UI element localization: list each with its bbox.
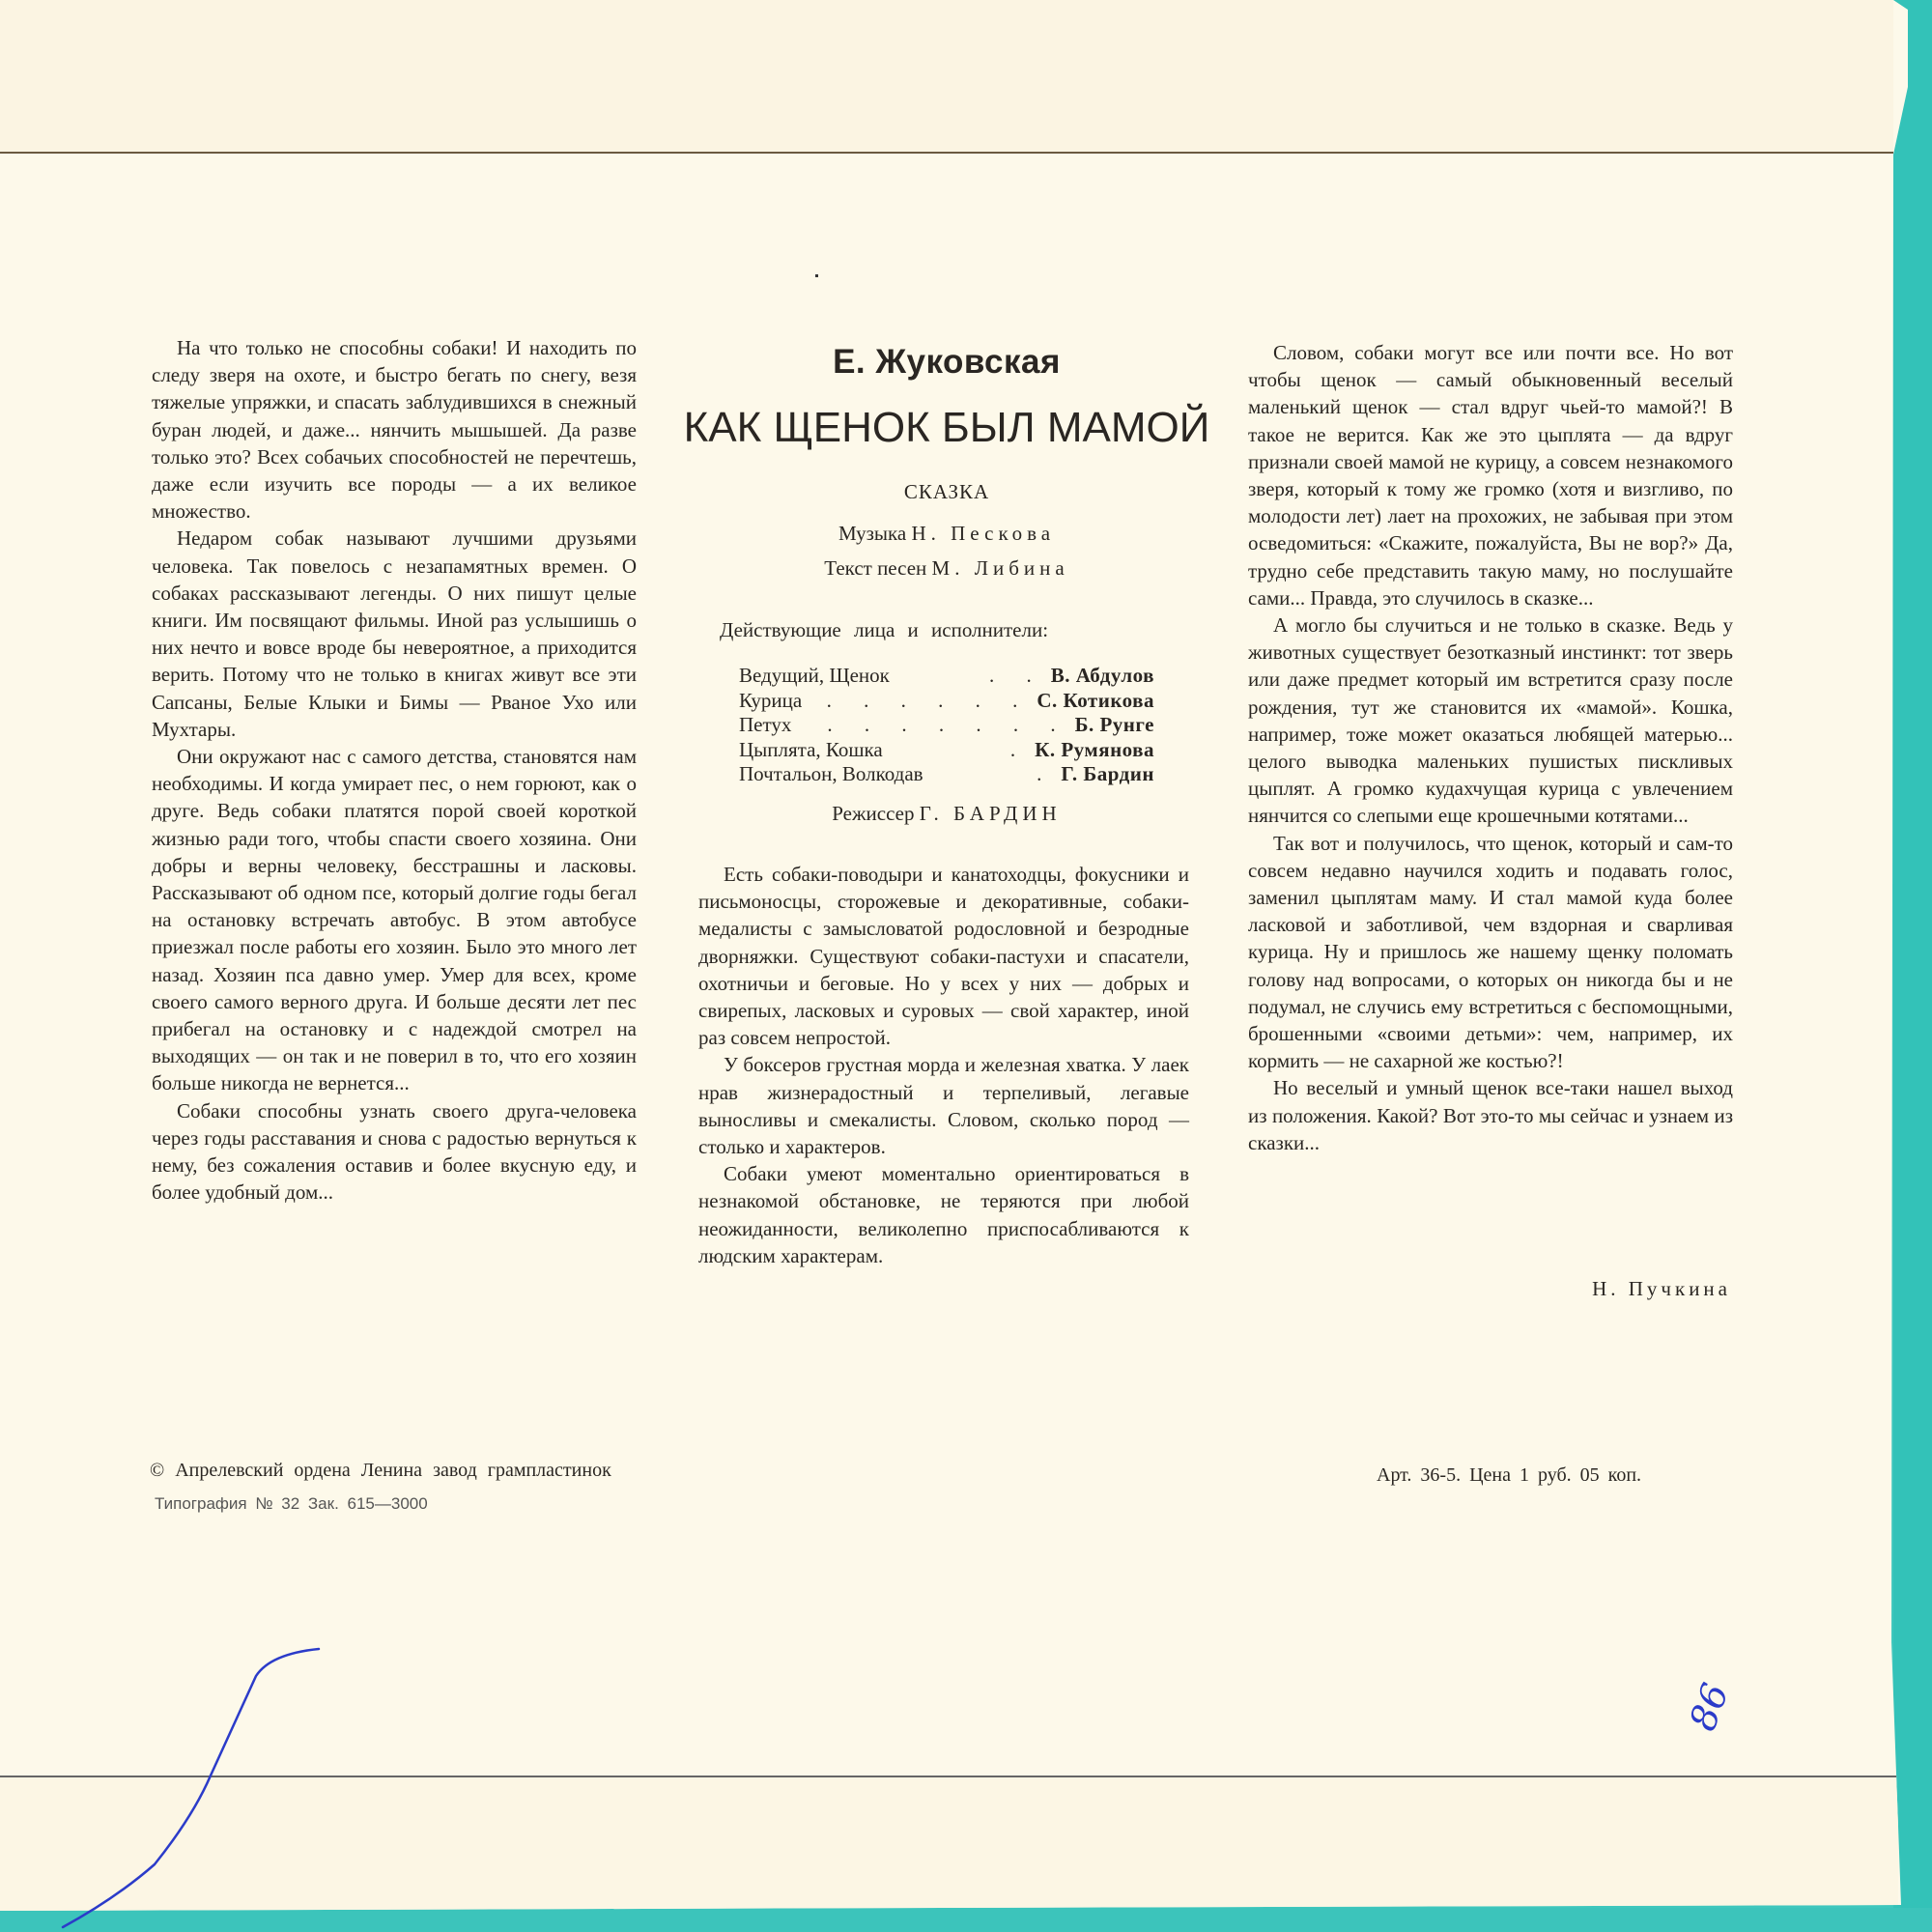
cast-heading: Действующие лица и исполнители: — [720, 618, 1183, 642]
paragraph: На что только не способны собаки! И нахо… — [152, 334, 637, 525]
sleeve-edge-teal — [1893, 0, 1932, 1932]
cast-actor: К. Румянова — [1035, 738, 1154, 763]
cast-role: Цыплята, Кошка — [739, 738, 883, 763]
leader-dots: . — [923, 762, 1062, 787]
leader-dots: . . — [890, 664, 1051, 689]
catalog-price: Арт. 36-5. Цена 1 руб. 05 коп. — [1377, 1464, 1641, 1487]
leader-dots: . . . . . . . — [791, 713, 1074, 738]
author-name: Е. Жуковская — [657, 343, 1236, 382]
director-label: Режиссер — [832, 802, 914, 825]
lyrics-label: Текст песен — [824, 556, 926, 580]
intro-text-middle-column: Есть собаки-поводыри и канатоходцы, фоку… — [698, 861, 1189, 1269]
cast-row: Курица . . . . . . С. Котикова — [739, 689, 1154, 714]
paragraph: Недаром собак называют лучшими друзьями … — [152, 525, 637, 743]
print-info: Типография № 32 Зак. 615—3000 — [155, 1494, 428, 1514]
paragraph: Есть собаки-поводыри и канатоходцы, фоку… — [698, 861, 1189, 1051]
genre-label: СКАЗКА — [657, 480, 1236, 504]
lyrics-credit: Текст песен М. Либина — [657, 556, 1236, 581]
cast-actor: С. Котикова — [1037, 689, 1154, 714]
cast-role: Курица — [739, 689, 802, 714]
leader-dots: . . . . . . — [802, 689, 1037, 714]
cast-row: Цыплята, Кошка . К. Румянова — [739, 738, 1154, 763]
cast-role: Ведущий, Щенок — [739, 664, 890, 689]
cast-role: Петух — [739, 713, 791, 738]
composer-name: Н. Пескова — [911, 522, 1055, 545]
essay-author-signature: Н. Пучкина — [1507, 1277, 1731, 1301]
cast-row: Почтальон, Волкодав . Г. Бардин — [739, 762, 1154, 787]
publisher-imprint: © Апрелевский ордена Ленина завод грампл… — [150, 1460, 611, 1482]
cast-row: Ведущий, Щенок . . В. Абдулов — [739, 664, 1154, 689]
paragraph: А могло бы случиться и не только в сказк… — [1248, 611, 1733, 830]
sleeve-edge-teal-bottom — [0, 1908, 1932, 1932]
cast-role: Почтальон, Волкодав — [739, 762, 923, 787]
cast-actor: В. Абдулов — [1051, 664, 1154, 689]
cast-list: Ведущий, Щенок . . В. Абдулов Курица . .… — [739, 664, 1154, 787]
intro-text-right-column: Словом, собаки могут все или почти все. … — [1248, 339, 1733, 1156]
paragraph: Словом, собаки могут все или почти все. … — [1248, 339, 1733, 611]
director-credit: Режиссер Г. БАРДИН — [657, 802, 1236, 826]
intro-text-left-column: На что только не способны собаки! И нахо… — [152, 334, 637, 1207]
music-label: Музыка — [838, 522, 906, 545]
record-title: КАК ЩЕНОК БЫЛ МАМОЙ — [647, 404, 1246, 452]
print-speck — [815, 274, 818, 277]
director-name: Г. БАРДИН — [920, 802, 1062, 825]
paragraph: У боксеров грустная морда и железная хва… — [698, 1051, 1189, 1160]
bottom-flap — [0, 1776, 1898, 1913]
paragraph: Так вот и получилось, что щенок, который… — [1248, 830, 1733, 1075]
leader-dots: . — [883, 738, 1035, 763]
paragraph: Собаки умеют моментально ориентироваться… — [698, 1160, 1189, 1269]
cast-actor: Г. Бардин — [1061, 762, 1154, 787]
lyricist-name: М. Либина — [932, 556, 1069, 580]
music-credit: Музыка Н. Пескова — [657, 522, 1236, 546]
cast-actor: Б. Рунге — [1075, 713, 1154, 738]
cast-row: Петух . . . . . . . Б. Рунге — [739, 713, 1154, 738]
top-flap — [0, 0, 1893, 154]
paragraph: Они окружают нас с самого детства, стано… — [152, 743, 637, 1097]
paragraph: Собаки способны узнать своего друга-чело… — [152, 1097, 637, 1207]
paragraph: Но веселый и умный щенок все-таки нашел … — [1248, 1074, 1733, 1156]
